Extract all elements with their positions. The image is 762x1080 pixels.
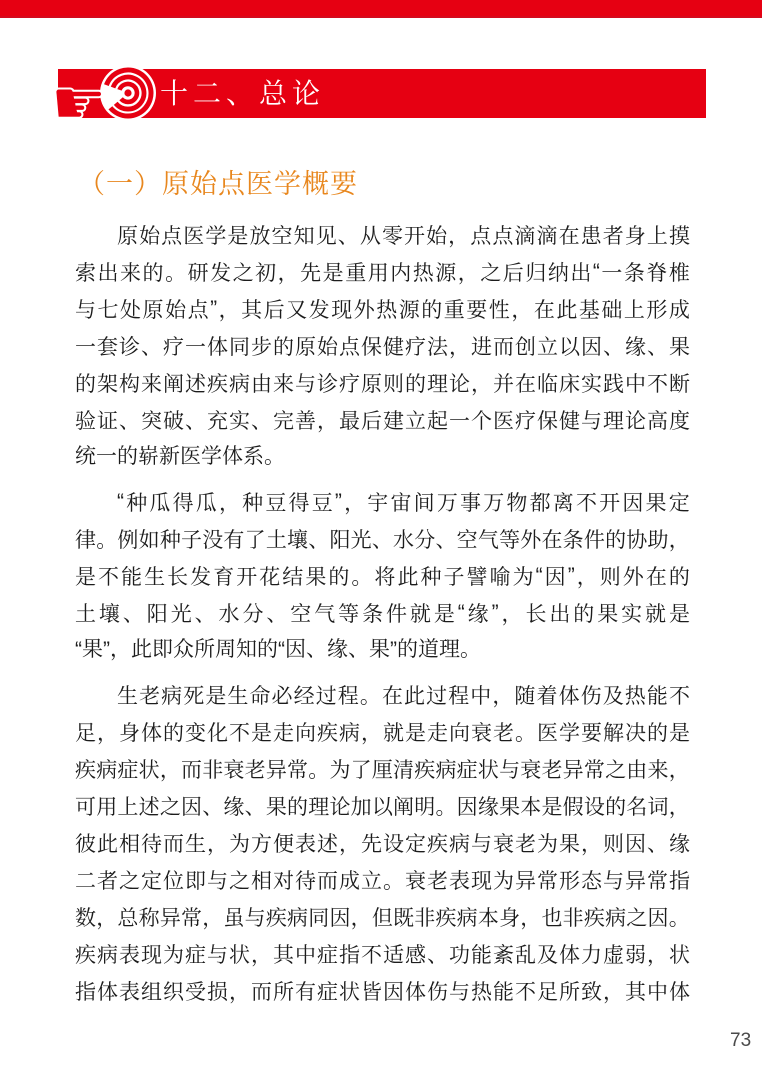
- text-line: 足，身体的变化不是走向疾病，就是走向衰老。医学要解决的是: [75, 713, 690, 750]
- text-line: 与七处原始点”，其后又发现外热源的重要性，在此基础上形成: [75, 290, 690, 327]
- text-line: 疾病症状，而非衰老异常。为了厘清疾病症状与衰老异常之由来，: [75, 750, 690, 787]
- paragraph-1: 原始点医学是放空知见、从零开始，点点滴滴在患者身上摸 索出来的。研发之初，先是重…: [75, 216, 690, 475]
- text-line: 的架构来阐述疾病由来与诊疗原则的理论，并在临床实践中不断: [75, 364, 690, 401]
- top-red-bar: [0, 0, 762, 18]
- spiral-target-icon: [99, 64, 157, 122]
- text-line: 律。例如种子没有了土壤、阳光、水分、空气等外在条件的协助，: [75, 520, 690, 557]
- text-line: 索出来的。研发之初，先是重用内热源，之后归纳出“一条脊椎: [75, 253, 690, 290]
- text-line: 可用上述之因、缘、果的理论加以阐明。因缘果本是假设的名词，: [75, 787, 690, 824]
- hand-pointing-icon: ☛: [50, 72, 107, 136]
- page-number: 73: [730, 1030, 751, 1052]
- text-line: 彼此相待而生，为方便表述，先设定疾病与衰老为果，则因、缘: [75, 824, 690, 861]
- text-line: 统一的崭新医学体系。: [75, 438, 690, 475]
- text-line: 数，总称异常，虽与疾病同因，但既非疾病本身，也非疾病之因。: [75, 898, 690, 935]
- text-line: 验证、突破、充实、完善，最后建立起一个医疗保健与理论高度: [75, 401, 690, 438]
- text-line: “果”，此即众所周知的“因、缘、果”的道理。: [75, 631, 690, 668]
- chapter-title: 十二、总论: [160, 69, 325, 118]
- text-line: 原始点医学是放空知见、从零开始，点点滴滴在患者身上摸: [75, 216, 690, 253]
- text-line: 土壤、阳光、水分、空气等条件就是“缘”，长出的果实就是: [75, 594, 690, 631]
- paragraph-2: “种瓜得瓜，种豆得豆”，宇宙间万事万物都离不开因果定 律。例如种子没有了土壤、阳…: [75, 483, 690, 668]
- text-line: “种瓜得瓜，种豆得豆”，宇宙间万事万物都离不开因果定: [75, 483, 690, 520]
- text-line: 指体表组织受损，而所有症状皆因体伤与热能不足所致，其中体: [75, 972, 690, 1009]
- text-line: 二者之定位即与之相对待而成立。衰老表现为异常形态与异常指: [75, 861, 690, 898]
- text-line: 生老病死是生命必经过程。在此过程中，随着体伤及热能不: [75, 676, 690, 713]
- text-line: 是不能生长发育开花结果的。将此种子譬喻为“因”，则外在的: [75, 557, 690, 594]
- body-text: 原始点医学是放空知见、从零开始，点点滴滴在患者身上摸 索出来的。研发之初，先是重…: [75, 216, 690, 1009]
- section-heading: （一）原始点医学概要: [78, 162, 358, 201]
- text-line: 一套诊、疗一体同步的原始点保健疗法，进而创立以因、缘、果: [75, 327, 690, 364]
- paragraph-3: 生老病死是生命必经过程。在此过程中，随着体伤及热能不 足，身体的变化不是走向疾病…: [75, 676, 690, 1009]
- text-line: 疾病表现为症与状，其中症指不适感、功能紊乱及体力虚弱，状: [75, 935, 690, 972]
